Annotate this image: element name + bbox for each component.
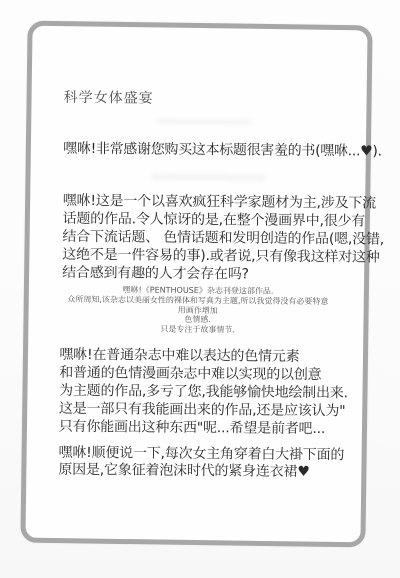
paragraph-mad-scientist: 嘿咻!这是一个以喜欢疯狂科学家题材为主,涉及下流 话题的作品.令人惊讶的是,在整… — [62, 192, 384, 285]
scan-smudge — [151, 174, 266, 181]
page-content: 科学女体盛宴 嘿咻!非常感谢您购买这本标题很害羞的书(嘿咻...♥). 嘿咻!这… — [0, 0, 400, 578]
text-line: 原因是,它象征着泡沫时代的紧身连衣裙♥ — [58, 462, 344, 481]
text-line: 结合感到有趣的人才会存在吗? — [62, 264, 384, 285]
intro-line: 嘿咻!非常感谢您购买这本标题很害羞的书(嘿咻...♥). — [63, 138, 382, 161]
paragraph-creative: 嘿咻!在普通杂志中难以表达的色情元素 和普通的色情漫画杂志中难以实现的以创意 为… — [59, 346, 349, 439]
scanned-page: 科学女体盛宴 嘿咻!非常感谢您购买这本标题很害羞的书(嘿咻...♥). 嘿咻!这… — [0, 0, 400, 578]
paragraph-labcoat: 嘿咻!顺便说一下,每次女主角穿着白大褂下面的 原因是,它象征着泡沫时代的紧身连衣… — [58, 445, 344, 481]
scan-smudge — [156, 119, 251, 125]
penthouse-note: 嘿咻!《PENTHOUSE》杂志刊登这部作品. 众所周知,该杂志以美丽女性的裸体… — [28, 284, 368, 336]
page-title: 科学女体盛宴 — [64, 87, 154, 108]
note-line: 只是专注于故事情节. — [28, 324, 368, 337]
text-line: 只有你能画出这种东西"呢...希望是前者吧... — [59, 418, 348, 439]
